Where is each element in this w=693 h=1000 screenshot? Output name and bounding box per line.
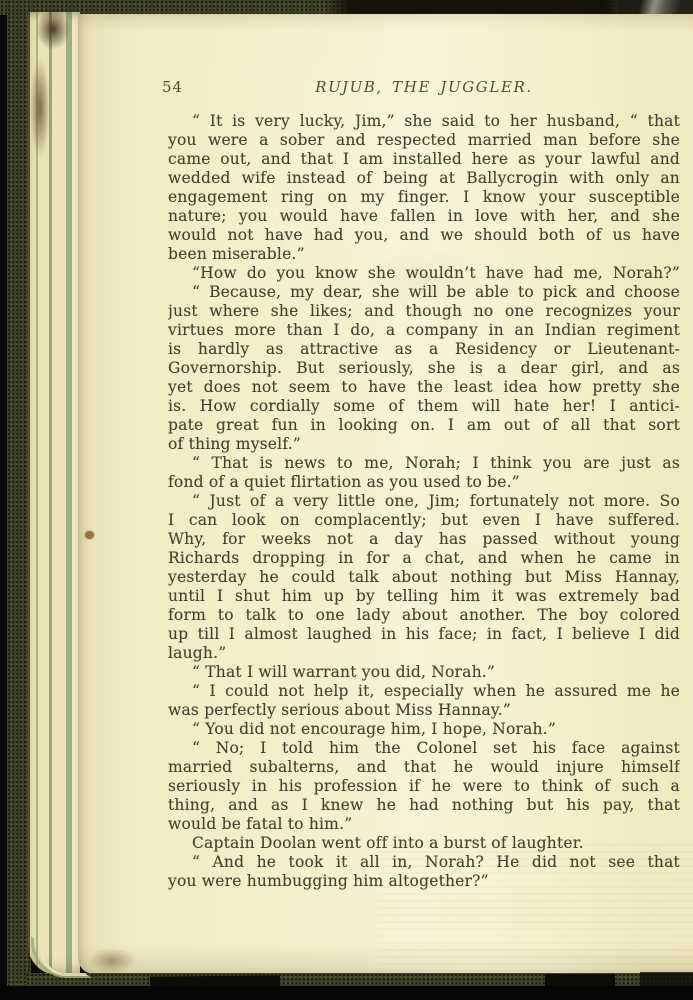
book-scan: 54 RUJUB, THE JUGGLER. “ It is very luck… [0,0,693,1000]
text-line: Governorship. But seriously, she is a de… [168,359,680,378]
text-line: came out, and that I am installed here a… [168,150,680,169]
text-line: “ It is very lucky, Jim,” she said to he… [168,112,680,131]
page-header: 54 RUJUB, THE JUGGLER. [168,78,680,98]
text-line: is. How cordially some of them will hate… [168,397,680,416]
text-line: nature; you would have fallen in love wi… [168,207,680,226]
text-line: “ No; I told him the Colonel set his fac… [168,739,680,758]
text-line: form to talk to one lady about another. … [168,606,680,625]
text-line: just where she likes; and though no one … [168,302,680,321]
text-line: seriously in his profession if he were t… [168,777,680,796]
text-line: thing, and as I knew he had nothing but … [168,796,680,815]
text-line: fond of a quiet flirtation as you used t… [168,473,680,492]
page-corner-highlight [618,0,693,14]
text-line: up till I almost laughed in his face; in… [168,625,680,644]
text-line: “ Just of a very little one, Jim; fortun… [168,492,680,511]
text-line: you were humbugging him altogether?” [168,872,680,891]
text-line: Richards dropping in for a chat, and whe… [168,549,680,568]
text-line: yet does not seem to have the least idea… [168,378,680,397]
text-line: of thing myself.” [168,435,680,454]
running-title: RUJUB, THE JUGGLER. [168,78,680,96]
background-edge [0,986,693,1000]
text-line: wedded wife instead of being at Ballycro… [168,169,680,188]
text-line: you were a sober and respected married m… [168,131,680,150]
text-line: yesterday he could talk about nothing bu… [168,568,680,587]
text-line: was perfectly serious about Miss Hannay.… [168,701,680,720]
text-line: Captain Doolan went off into a burst of … [168,834,680,853]
page-text: “ It is very lucky, Jim,” she said to he… [168,112,680,891]
text-line: married subalterns, and that he would in… [168,758,680,777]
text-line: is hardly as attractive as a Residency o… [168,340,680,359]
text-line: “ And he took it all in, Norah? He did n… [168,853,680,872]
text-line: been miserable.” [168,245,680,264]
text-line: laugh.” [168,644,680,663]
text-line: until I shut him up by telling him it wa… [168,587,680,606]
text-line: I can look on complacently; but even I h… [168,511,680,530]
text-line: engagement ring on my finger. I know you… [168,188,680,207]
text-line: “ That is news to me, Norah; I think you… [168,454,680,473]
book-page: 54 RUJUB, THE JUGGLER. “ It is very luck… [78,14,693,974]
text-line: virtues more than I do, a company in an … [168,321,680,340]
book-gutter-shadow [325,0,635,14]
text-line: “ I could not help it, especially when h… [168,682,680,701]
text-line: would be fatal to him.” [168,815,680,834]
text-line: Why, for weeks not a day has passed with… [168,530,680,549]
text-line: “ Because, my dear, she will be able to … [168,283,680,302]
text-line: “ That I will warrant you did, Norah.” [168,663,680,682]
page-number: 54 [162,78,183,96]
text-line: “How do you know she wouldn’t have had m… [168,264,680,283]
text-line: pate great fun in looking on. I am out o… [168,416,680,435]
page-fore-edges [28,12,80,975]
text-line: would not have had you, and we should bo… [168,226,680,245]
text-line: “ You did not encourage him, I hope, Nor… [168,720,680,739]
